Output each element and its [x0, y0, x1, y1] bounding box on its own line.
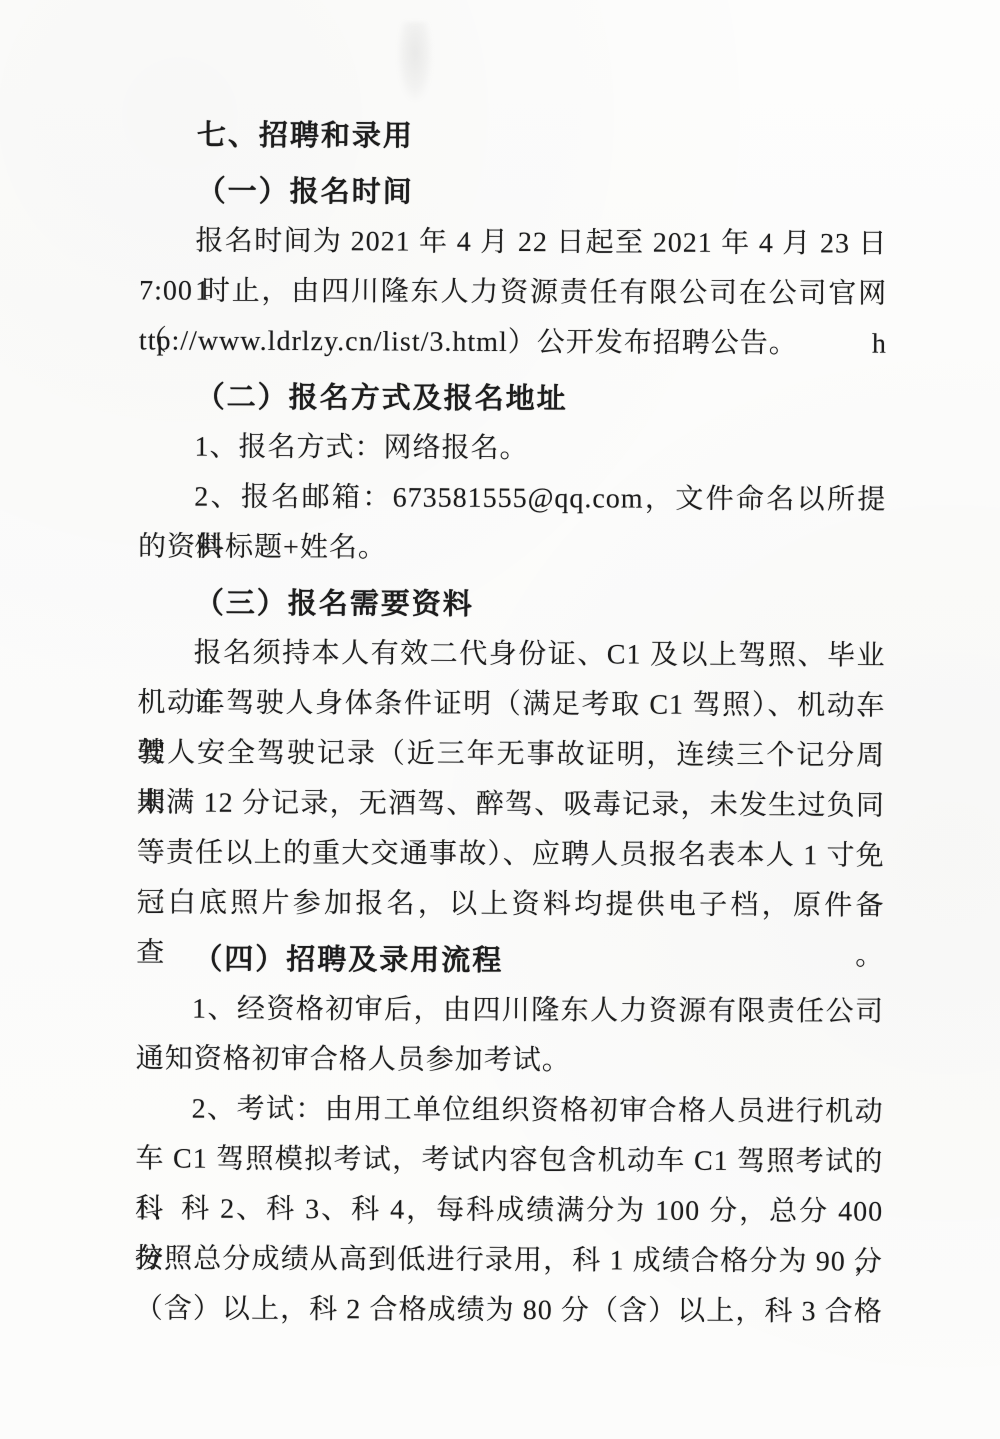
text-line: 1、报名方式：网络报名。 [138, 422, 886, 475]
document-page: 七、招聘和录用 （一）报名时间 报名时间为 2021 年 4 月 22 日起至 … [0, 0, 1000, 1439]
subsection-heading-3: （三）报名需要资料 [138, 578, 886, 631]
subsection-heading-1: （一）报名时间 [140, 166, 888, 219]
text-line: 机动车驾驶人身体条件证明（满足考取 C1 驾照）、机动车驾 [137, 678, 885, 731]
text-line: 报名须持本人有效二代身份证、C1 及以上驾照、毕业证、 [137, 628, 885, 681]
text-line-url: ttp://www.ldrlzy.cn/list/3.html）公开发布招聘公告… [139, 316, 887, 369]
text-line: 等责任以上的重大交通事故）、应聘人员报名表本人 1 寸免 [137, 828, 885, 881]
text-line: 按照总分成绩从高到低进行录用，科 1 成绩合格分为 90 分 [135, 1234, 883, 1287]
text-line: （含）以上，科 2 合格成绩为 80 分（含）以上，科 3 合格 [135, 1284, 883, 1337]
text-line: 驶人安全驾驶记录（近三年无事故证明，连续三个记分周期 [137, 728, 885, 781]
document-body: 七、招聘和录用 （一）报名时间 报名时间为 2021 年 4 月 22 日起至 … [135, 104, 888, 1337]
text-line: 的资料标题+姓名。 [138, 522, 886, 575]
text-line: 7:00 时止，由四川隆东人力资源责任有限公司在公司官网（h [139, 266, 887, 319]
text-line: 冠白底照片参加报名，以上资料均提供电子档，原件备查。 [136, 878, 884, 931]
text-line: 车 C1 驾照模拟考试，考试内容包含机动车 C1 驾照考试的科 [135, 1134, 883, 1187]
subsection-heading-2: （二）报名方式及报名地址 [139, 372, 887, 425]
section-heading-7: 七、招聘和录用 [140, 110, 888, 163]
text-line: 2、考试：由用工单位组织资格初审合格人员进行机动 [136, 1084, 884, 1137]
text-line: 报名时间为 2021 年 4 月 22 日起至 2021 年 4 月 23 日 … [139, 216, 887, 269]
text-line: 未满 12 分记录，无酒驾、醉驾、吸毒记录，未发生过负同 [137, 778, 885, 831]
text-line: 1、经资格初审后，由四川隆东人力资源有限责任公司 [136, 984, 884, 1037]
scan-smudge-artifact [398, 22, 432, 100]
text-line-email: 2、报名邮箱：673581555@qq.com，文件命名以所提供 [138, 472, 886, 525]
text-line: 1、科 2、科 3、科 4，每科成绩满分为 100 分，总分 400 分， [135, 1184, 883, 1237]
text-line: 通知资格初审合格人员参加考试。 [136, 1034, 884, 1087]
